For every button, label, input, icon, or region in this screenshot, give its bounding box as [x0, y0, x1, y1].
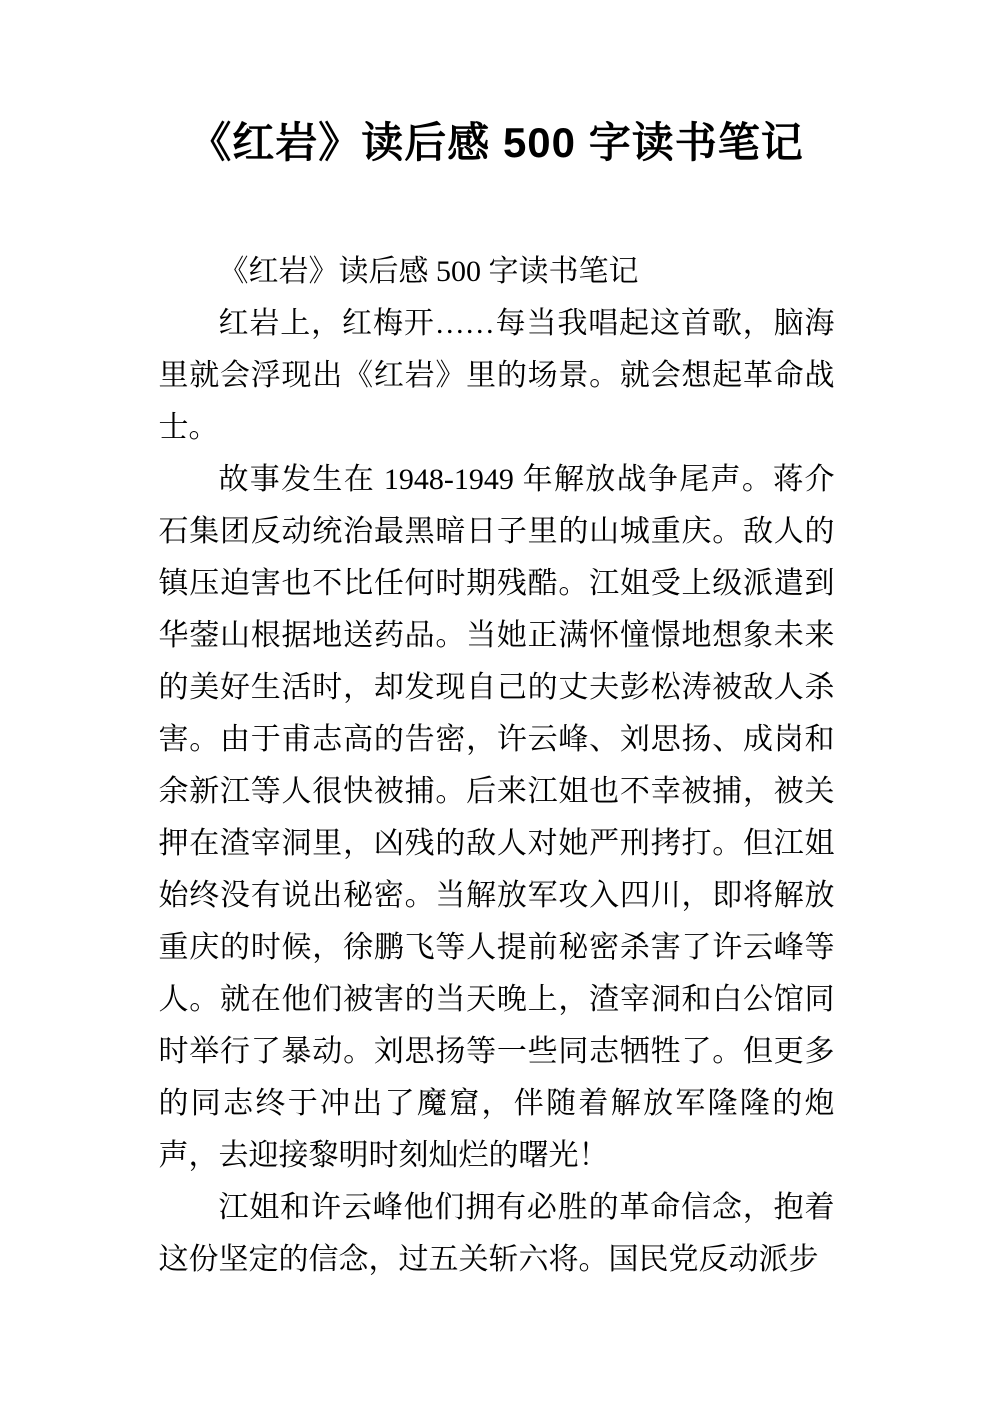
- paragraph-subtitle: 《红岩》读后感 500 字读书笔记: [159, 246, 835, 298]
- paragraph-intro: 红岩上，红梅开……每当我唱起这首歌，脑海里就会浮现出《红岩》里的场景。就会想起革…: [159, 298, 835, 454]
- document-body: 《红岩》读后感 500 字读书笔记 红岩上，红梅开……每当我唱起这首歌，脑海里就…: [159, 246, 835, 1286]
- document-page: 《红岩》读后感 500 字读书笔记 《红岩》读后感 500 字读书笔记 红岩上，…: [0, 0, 993, 1404]
- paragraph-belief: 江姐和许云峰他们拥有必胜的革命信念，抱着这份坚定的信念，过五关斩六将。国民党反动…: [159, 1182, 835, 1286]
- document-title: 《红岩》读后感 500 字读书笔记: [0, 0, 993, 170]
- paragraph-story: 故事发生在 1948-1949 年解放战争尾声。蒋介石集团反动统治最黑暗日子里的…: [159, 454, 835, 1182]
